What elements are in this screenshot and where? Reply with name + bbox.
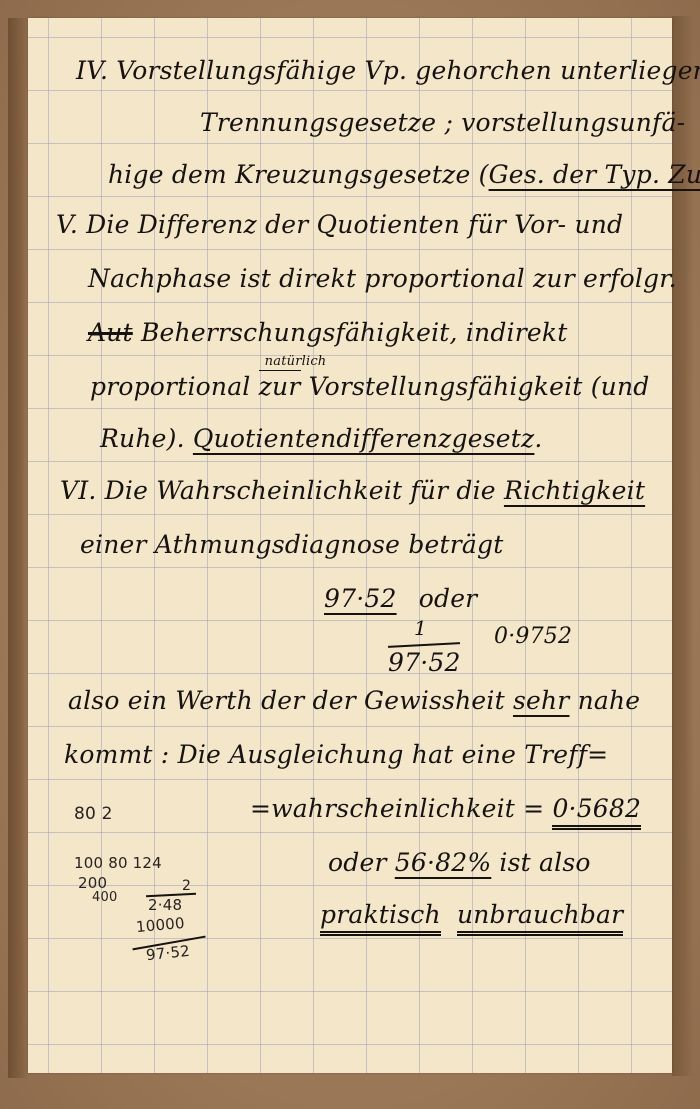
line-5: Nachphase ist direkt proportional zur er… <box>88 264 677 293</box>
calc-row-3: 400 <box>92 890 117 905</box>
word-oder-1: oder <box>419 584 478 613</box>
text-line-3a: hige dem Kreuzungsgesetze ( <box>108 160 489 189</box>
calc-c5: 2 <box>182 878 191 894</box>
fraction-denominator: 97·52 <box>388 648 461 677</box>
text-line-14a: oder <box>328 848 395 877</box>
text-line-5: Nachphase ist direkt proportional zur er… <box>88 264 677 293</box>
text-line-2: Trennungsgesetze ; vorstellungsunfä- <box>200 108 685 137</box>
underlined-law-name: Ges. der Typ. Zugehörigkeit <box>489 160 700 189</box>
text-line-7c: Vorstellungsfähigkeit (und <box>309 372 650 401</box>
text-line-9a: VI. Die Wahrscheinlichkeit für die <box>60 476 504 505</box>
calc-c2: 100 80 124 <box>74 854 162 872</box>
calc-row-1: 100 80 124 <box>74 854 162 872</box>
calc-c4: 400 <box>92 890 117 905</box>
calc-c8: 97·52 <box>145 942 191 964</box>
calc-c6: 2·48 <box>148 896 182 914</box>
line-section-vi: VI. Die Wahrscheinlichkeit für die Richt… <box>60 476 645 505</box>
calc-result: 97·52 <box>145 942 191 964</box>
calc-c7: 10000 <box>135 914 185 936</box>
text-line-13a: =wahrscheinlichkeit = <box>250 794 552 823</box>
text-line-11a: also ein Werth der der Gewissheit <box>68 686 513 715</box>
line-3: hige dem Kreuzungsgesetze (Ges. der Typ.… <box>108 160 700 189</box>
math-value-row: 97·52 oder <box>324 584 477 613</box>
insertion-group: natürlich zur <box>259 372 301 401</box>
text-line-6: Beherrschungsfähigkeit, indirekt <box>141 318 568 347</box>
decimal-value: 0·9752 <box>494 624 572 649</box>
calc-note-80-2: 80 2 <box>74 804 113 824</box>
word-praktisch: praktisch <box>320 900 441 936</box>
calc-product: 2·48 <box>148 896 182 914</box>
text-line-8c: . <box>534 424 542 453</box>
text-line-11c: nahe <box>569 686 640 715</box>
paper-shadow-left <box>8 18 28 1078</box>
line-section-v: V. Die Differenz der Quotienten für Vor-… <box>56 210 623 239</box>
line-13: =wahrscheinlichkeit = 0·5682 <box>250 794 641 823</box>
line-7: proportional natürlich zur Vorstellungsf… <box>90 372 649 401</box>
result-0-5682: 0·5682 <box>552 794 641 830</box>
text-line-14c: ist also <box>491 848 590 877</box>
fraction-numerator: 1 <box>414 616 427 640</box>
line-10: einer Athmungsdiagnose beträgt <box>80 530 503 559</box>
line-15-conclusion: praktisch unbrauchbar <box>320 900 623 929</box>
line-section-iv: IV. Vorstellungsfähige Vp. gehorchen unt… <box>76 56 700 85</box>
text-line-8a: Ruhe). <box>100 424 193 453</box>
struck-out-word: Aut <box>88 318 133 347</box>
numerator-1: 1 <box>414 616 427 640</box>
text-line-1: IV. Vorstellungsfähige Vp. gehorchen unt… <box>76 56 700 85</box>
line-12: kommt : Die Ausgleichung hat eine Treff= <box>64 740 608 769</box>
value-0-9752: 0·9752 <box>494 624 572 649</box>
text-line-7a: proportional <box>90 372 251 401</box>
line-8: Ruhe). Quotientendifferenzgesetz. <box>100 424 543 453</box>
line-6: Aut Beherrschungsfähigkeit, indirekt <box>88 318 567 347</box>
underlined-law-quotientendifferenz: Quotientendifferenzgesetz <box>193 424 535 453</box>
denominator-97-52: 97·52 <box>388 648 461 677</box>
text-line-12: kommt : Die Ausgleichung hat eine Treff= <box>64 740 608 769</box>
calc-ten-thousand: 10000 <box>135 914 185 936</box>
underlined-word-richtigkeit: Richtigkeit <box>504 476 645 505</box>
value-97-52: 97·52 <box>324 584 397 613</box>
word-unbrauchbar: unbrauchbar <box>457 900 623 936</box>
calc-c1: 80 2 <box>74 804 113 824</box>
result-percent: 56·82% <box>395 848 492 877</box>
line-14: oder 56·82% ist also <box>328 848 591 877</box>
text-line-4: V. Die Differenz der Quotienten für Vor-… <box>56 210 623 239</box>
line-11: also ein Werth der der Gewissheit sehr n… <box>68 686 640 715</box>
text-line-7b: zur <box>259 370 301 401</box>
inserted-word-natuerlich: natürlich <box>265 354 327 369</box>
calc-multiplier: 2 <box>182 878 191 894</box>
line-2: Trennungsgesetze ; vorstellungsunfä- <box>200 108 685 137</box>
text-line-10: einer Athmungsdiagnose beträgt <box>80 530 503 559</box>
grid-paper-sheet: IV. Vorstellungsfähige Vp. gehorchen unt… <box>28 18 672 1073</box>
underlined-word-sehr: sehr <box>513 686 569 715</box>
